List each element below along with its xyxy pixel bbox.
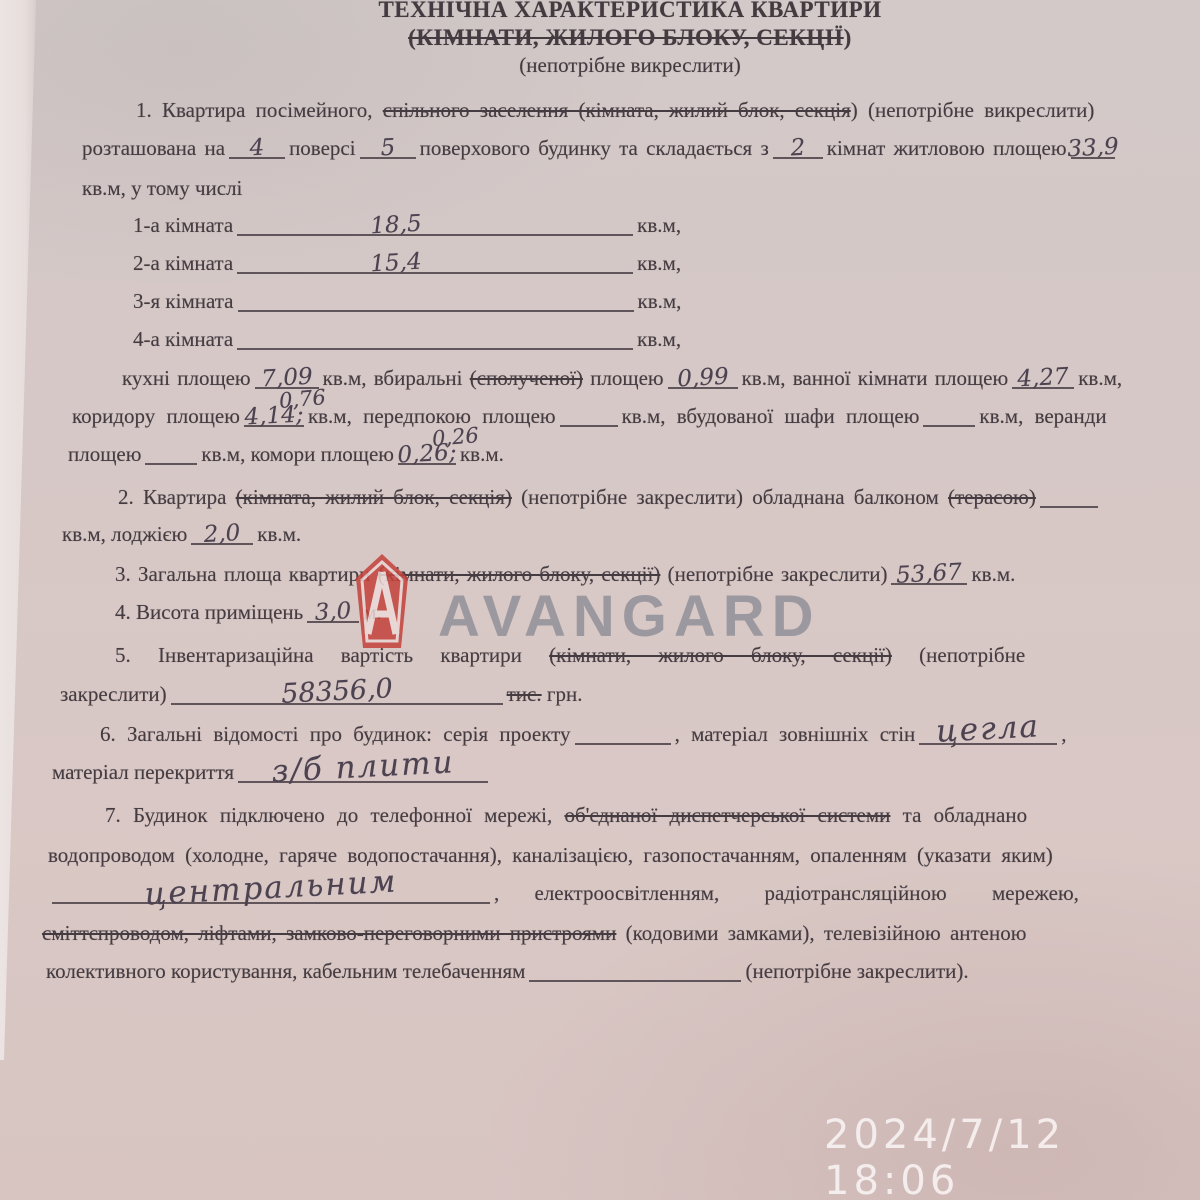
p7-text7: (непотрібне закреслити). — [745, 959, 968, 983]
document-photo: ТЕХНІЧНА ХАРАКТЕРИСТИКА КВАРТИРИ (КІМНАТ… — [0, 0, 1200, 1200]
p2-struck-terrace: (терасою) — [948, 485, 1036, 509]
blank-total-area: 53,67 — [891, 563, 967, 585]
p6-text1: 6. Загальні відомості про будинок: серія… — [100, 722, 571, 746]
p2-struck-variants: (кімната, жилий блок, секція) — [236, 485, 512, 509]
p7-struck-services: сміттєпроводом, ліфтами, замково-перегов… — [42, 921, 616, 945]
handwriting-walls-material: цегла — [935, 708, 1041, 749]
handwriting-loggia-area: 2,0 — [203, 520, 241, 548]
blank-pantry-area: 0,26;0,26 — [398, 443, 456, 465]
p5-text3: закреслити) — [60, 682, 167, 706]
title-struck-variants: (КІМНАТИ, ЖИЛОГО БЛОКУ, СЕКЦІЇ — [408, 25, 844, 50]
avangard-watermark-text: AVANGARD — [438, 583, 821, 650]
room-row-1: 1-а кімната18,5кв.м, — [133, 213, 681, 238]
blank-corridor-area: 4,14;0,76 — [244, 405, 304, 427]
paragraph4: 4. Висота приміщень3,0м. — [115, 600, 382, 625]
p5-text4: грн. — [547, 682, 583, 706]
blank-rooms-count: 2 — [773, 137, 823, 159]
p4-text1: 4. Висота приміщень — [115, 600, 303, 624]
blank-ceiling-height: 3,0 — [307, 601, 359, 623]
blank-inventory-value: 58356,0 — [171, 683, 503, 705]
blank-closet-area — [923, 405, 975, 427]
p5-text2: (непотрібне — [892, 643, 1025, 667]
p1-text2: розташована на — [82, 136, 225, 160]
p1-text: 1. Квартира посімейного, — [136, 98, 383, 122]
handwriting-ceiling-height: 3,0 — [314, 598, 352, 626]
room1-unit: кв.м, — [637, 213, 681, 237]
handwriting-heating-type: центральним — [144, 863, 398, 912]
p2-text1: 2. Квартира — [118, 485, 236, 509]
k-struck-combined: (сполученої) — [470, 366, 583, 390]
room3-unit: кв.м, — [638, 289, 682, 313]
p7-text2: та обладнано — [890, 803, 1027, 827]
room-row-3: 3-я кімнатакв.м, — [133, 289, 681, 314]
p3-text1: 3. Загальна площа квартири — [115, 562, 378, 586]
handwriting-storeys: 5 — [380, 135, 396, 162]
k-text9: кв.м, веранди — [979, 404, 1106, 428]
k-text5: кв.м, — [1078, 366, 1122, 390]
camera-timestamp: 2024/7/12 18:06 — [824, 1112, 1200, 1200]
blank-balcony-area — [1040, 486, 1098, 508]
blank-walls-material: цегла — [919, 723, 1057, 745]
handwriting-room1-area: 18,5 — [369, 211, 422, 240]
p2-text2: (непотрібне закреслити) обладнана балкон… — [512, 485, 948, 509]
p1-text3: поверсі — [289, 136, 356, 160]
handwriting-ceiling-material: з/б плити — [271, 744, 456, 790]
handwriting-wc-area: 0,99 — [676, 364, 729, 393]
k-text11: кв.м, комори площею — [201, 442, 394, 466]
room4-unit: кв.м, — [637, 327, 681, 351]
blank-cable-tv — [529, 960, 741, 982]
blank-floor: 4 — [229, 137, 285, 159]
blank-heating-type: центральним — [52, 882, 490, 904]
paragraph1-line3: кв.м, у тому числі — [82, 176, 242, 201]
handwriting-room2-area: 15,4 — [369, 249, 422, 278]
kitchen-line1: кухні площею7,09кв.м, вбиральні (сполуче… — [122, 366, 1122, 391]
p1-struck-variants: спільного заселення (кімната, жилий блок… — [383, 98, 851, 122]
room1-label: 1-а кімната — [133, 213, 233, 237]
p7-text3: , — [494, 881, 499, 905]
p1-note: ) (непотрібне викреслити) — [851, 98, 1095, 122]
paper-edge — [0, 0, 44, 1060]
p3-text3: кв.м. — [971, 562, 1015, 586]
paragraph6-line2: матеріал перекриттяз/б плити — [52, 760, 492, 785]
handwriting-floor: 4 — [249, 135, 265, 162]
blank-room2-area: 15,4 — [237, 252, 633, 274]
blank-room4-area — [237, 328, 633, 350]
handwriting-bath-area: 4,27 — [1017, 364, 1070, 393]
k-text2: кв.м, вбиральні — [323, 366, 463, 390]
room-row-4: 4-а кімнатакв.м, — [133, 327, 681, 352]
title-line2-tail: ) — [844, 25, 852, 50]
p7-struck-dispatch: об'єднаної диспетчерської системи — [564, 803, 890, 827]
handwriting-living-area: 33,9 — [1066, 134, 1119, 163]
blank-loggia-area: 2,0 — [191, 523, 253, 545]
p1-text5: кімнат житловою площею — [827, 136, 1067, 160]
k-text4: кв.м, ванної кімнати площею — [742, 366, 1009, 390]
room-row-2: 2-а кімната15,4кв.м, — [133, 251, 681, 276]
room2-unit: кв.м, — [637, 251, 681, 275]
k-text6: коридору площею — [72, 404, 240, 428]
kitchen-line3: площеюкв.м, комори площею0,26;0,26кв.м. — [68, 442, 504, 467]
blank-hall-area — [560, 405, 618, 427]
handwriting-pantry-area2: 0,26 — [431, 423, 480, 451]
p1-text4: поверхового будинку та складається з — [420, 136, 769, 160]
handwriting-total-area: 53,67 — [896, 559, 963, 588]
room2-label: 2-а кімната — [133, 251, 233, 275]
p6-text3: , — [1061, 722, 1066, 746]
handwriting-inventory-value: 58356,0 — [280, 673, 393, 710]
avangard-logo-icon — [356, 554, 408, 648]
paragraph2-line1: 2. Квартира (кімната, жилий блок, секція… — [118, 485, 1102, 510]
paragraph6-line1: 6. Загальні відомості про будинок: серія… — [100, 722, 1067, 747]
paragraph7-line2: водопроводом (холодне, гаряче водопостач… — [48, 843, 1053, 868]
doc-title-note: (непотрібне викреслити) — [70, 53, 1190, 78]
blank-living-area: 33,9 — [1071, 137, 1115, 159]
blank-veranda-area — [145, 443, 197, 465]
p6-text2: , матеріал зовнішніх стін — [675, 722, 916, 746]
room3-label: 3-я кімната — [133, 289, 234, 313]
k-text1: кухні площею — [122, 366, 251, 390]
paragraph7-line1: 7. Будинок підключено до телефонної мере… — [105, 803, 1027, 828]
paragraph2-line2: кв.м, лоджією2,0кв.м. — [62, 522, 301, 547]
room4-label: 4-а кімната — [133, 327, 233, 351]
paragraph7-line3: центральним, електроосвітленням, радіотр… — [48, 881, 1079, 906]
p7-text5: (кодовими замками), телевізійною антеною — [616, 921, 1026, 945]
k-text7: кв.м, передпокою площею — [308, 404, 556, 428]
blank-storeys: 5 — [360, 137, 416, 159]
doc-title-line2: (КІМНАТИ, ЖИЛОГО БЛОКУ, СЕКЦІЇ) — [70, 25, 1190, 51]
blank-project-series — [575, 723, 671, 745]
k-text8: кв.м, вбудованої шафи площею — [622, 404, 920, 428]
blank-ceiling-material: з/б плити — [238, 761, 488, 783]
k-text3: площею — [590, 366, 663, 390]
doc-title-line1: ТЕХНІЧНА ХАРАКТЕРИСТИКА КВАРТИРИ — [70, 0, 1190, 23]
p2-text3: кв.м, лоджією — [62, 522, 187, 546]
blank-bath-area: 4,27 — [1012, 367, 1074, 389]
handwriting-rooms-count: 2 — [790, 135, 806, 162]
blank-wc-area: 0,99 — [668, 367, 738, 389]
p2-text4: кв.м. — [257, 522, 301, 546]
handwriting-corridor-area2: 0,76 — [278, 385, 327, 413]
blank-room1-area: 18,5 — [237, 214, 633, 236]
p7-text4: електроосвітленням, радіотрансляційною м… — [535, 881, 1079, 905]
p7-text6: колективного користування, кабельним тел… — [46, 959, 525, 983]
paragraph1-line1: 1. Квартира посімейного, спільного засел… — [136, 98, 1094, 123]
p5-struck-thousand: тис. — [507, 682, 542, 706]
paragraph7-line5: колективного користування, кабельним тел… — [46, 959, 969, 984]
paragraph5-line2: закреслити)58356,0тис. грн. — [60, 682, 582, 707]
p7-text1: 7. Будинок підключено до телефонної мере… — [105, 803, 564, 827]
p6-text4: матеріал перекриття — [52, 760, 234, 784]
paragraph1-line2: розташована на4поверсі5поверхового будин… — [82, 136, 1119, 161]
k-text10: площею — [68, 442, 141, 466]
kitchen-line2: коридору площею4,14;0,76кв.м, передпокою… — [72, 404, 1107, 429]
paragraph7-line4: сміттєпроводом, ліфтами, замково-перегов… — [42, 921, 1026, 946]
blank-room3-area — [238, 290, 634, 312]
